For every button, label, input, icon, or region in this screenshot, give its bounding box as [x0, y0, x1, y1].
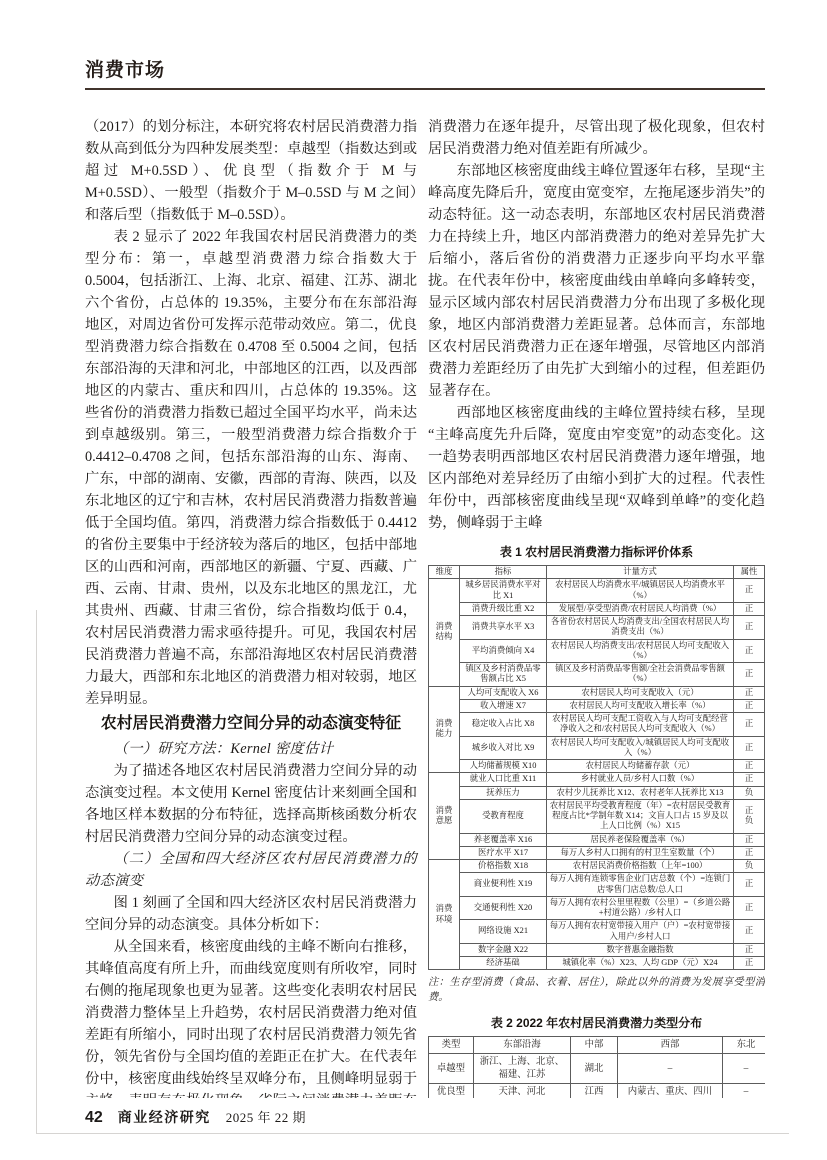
- attribute-cell: 正: [734, 873, 765, 897]
- table-cell: 江西: [571, 1083, 618, 1098]
- table-row: 消费 能力人均可支配收入 X6农村居民人均可支配收入（元）正: [429, 686, 765, 699]
- paragraph: 为了描述各地区农村居民消费潜力空间分异的动态演变过程。本文使用 Kernel 密…: [85, 760, 417, 848]
- scan-edge-bottom: [36, 1133, 789, 1134]
- paragraph: 表 2 显示了 2022 年我国农村居民消费潜力的类型分布：第一，卓越型消费潜力…: [85, 226, 417, 710]
- measure-cell: 乡村就业人员/乡村人口数（%）: [547, 773, 734, 786]
- indicator-cell: 收入增速 X7: [460, 699, 547, 712]
- column-header: 维度: [429, 566, 460, 579]
- dimension-cell: 消费 意愿: [429, 773, 460, 860]
- table-row: 卓越型浙江、上海、北京、福建、江苏湖北––19.35%: [429, 1054, 766, 1083]
- indicator-cell: 数字金融 X22: [460, 943, 547, 956]
- table1-note: 注：生存型消费（食品、衣着、居住），除此以外的消费为发展享受型消费。: [428, 976, 765, 1005]
- measure-cell: 每万人乡村人口拥有的村卫生室数量（个）: [547, 846, 734, 859]
- measure-cell: 农村居民人均可支配收入增长率（%）: [547, 699, 734, 712]
- table-row: 优良型天津、河北江西内蒙古、重庆、四川–19.35%: [429, 1083, 766, 1098]
- measure-cell: 每万人拥有农村公里里程数（公里）=（乡道公路+村道公路）/乡村人口: [547, 896, 734, 920]
- table-row: 医疗水平 X17每万人乡村人口拥有的村卫生室数量（个）正: [429, 846, 765, 859]
- paragraph: 从全国来看，核密度曲线的主峰不断向右推移，其峰值高度有所上升，而曲线宽度则有所收…: [85, 936, 417, 1098]
- table-row: 人均储蓄规模 X10农村居民人均储蓄存款（元）正: [429, 760, 765, 773]
- indicator-cell: 稳定收入占比 X8: [460, 713, 547, 737]
- journal-page: 消费市场 （2017）的划分标注，本研究将农村居民消费潜力指数从高到低分为四种发…: [0, 0, 827, 1160]
- table1-title: 表 1 农村居民消费潜力指标评价体系: [428, 543, 765, 560]
- indicator-cell: 交通便利性 X20: [460, 896, 547, 920]
- measure-cell: 农村居民人均可支配收入（元）: [547, 686, 734, 699]
- table-row: 数字金融 X22数字普惠金融指数正: [429, 943, 765, 956]
- measure-cell: 农村少儿抚养比 X12、农村老年人抚养比 X13: [547, 786, 734, 799]
- indicator-cell: 医疗水平 X17: [460, 846, 547, 859]
- measure-cell: 农村居民人均可支配收入/城镇居民人均可支配收入（%）: [547, 736, 734, 760]
- attribute-cell: 正: [734, 760, 765, 773]
- paragraph: 东部地区核密度曲线主峰位置逐年右移，呈现“主峰高度先降后升，宽度由宽变窄，左拖尾…: [428, 160, 765, 402]
- attribute-cell: 正: [734, 713, 765, 737]
- journal-name: 商业经济研究: [118, 1107, 211, 1127]
- column-header: 类型: [429, 1037, 474, 1054]
- measure-cell: 农村居民人均储蓄存款（元）: [547, 760, 734, 773]
- attribute-cell: 正: [734, 736, 765, 760]
- two-column-body: （2017）的划分标注，本研究将农村居民消费潜力指数从高到低分为四种发展类型：卓…: [85, 116, 765, 1098]
- paragraph: （2017）的划分标注，本研究将农村居民消费潜力指数从高到低分为四种发展类型：卓…: [85, 116, 417, 226]
- table-row: 消费 结构城乡居民消费水平对比 X1农村居民人均消费水平/城镇居民人均消费水平（…: [429, 579, 765, 603]
- measure-cell: 每万人拥有连锁零售企业门店总数（个）=连锁门店零售门店总数/总人口: [547, 873, 734, 897]
- table-row: 消费共享水平 X3各省份农村居民人均消费支出/全国农村居民人均消费支出（%）正: [429, 616, 765, 640]
- table-row: 消费 环境价格指数 X18农村居民消费价格指数（上年=100）负: [429, 860, 765, 873]
- table-cell: 湖北: [571, 1054, 618, 1083]
- paragraph: 图 1 刻画了全国和四大经济区农村居民消费潜力空间分异的动态演变。具体分析如下：: [85, 892, 417, 936]
- table-cell: –: [723, 1054, 766, 1083]
- dimension-cell: 消费 能力: [429, 686, 460, 773]
- attribute-cell: 正: [734, 699, 765, 712]
- attribute-cell: 正: [734, 773, 765, 786]
- measure-cell: 镇区及乡村消费品零售额/全社会消费品零售额（%）: [547, 663, 734, 687]
- attribute-cell: 正: [734, 920, 765, 944]
- table-row: 收入增速 X7农村居民人均可支配收入增长率（%）正: [429, 699, 765, 712]
- table-row: 平均消费倾向 X4农村居民人均消费支出/农村居民人均可支配收入（%）正: [429, 639, 765, 663]
- table-cell: 浙江、上海、北京、福建、江苏: [474, 1054, 571, 1083]
- table-row: 经济基础城镇化率（%）X23、人均 GDP（元）X24正: [429, 957, 765, 970]
- scan-edge-left: [36, 610, 37, 1134]
- table-row: 消费 意愿就业人口比重 X11乡村就业人员/乡村人口数（%）正: [429, 773, 765, 786]
- attribute-cell: 正: [734, 833, 765, 846]
- attribute-cell: 正: [734, 663, 765, 687]
- table-row: 抚养压力农村少儿抚养比 X12、农村老年人抚养比 X13负: [429, 786, 765, 799]
- table-row: 城乡收入对比 X9农村居民人均可支配收入/城镇居民人均可支配收入（%）正: [429, 736, 765, 760]
- table-cell: 优良型: [429, 1083, 474, 1098]
- column-header: 中部: [571, 1037, 618, 1054]
- issue-label: 2025 年 22 期: [226, 1107, 306, 1126]
- measure-cell: 城镇化率（%）X23、人均 GDP（元）X24: [547, 957, 734, 970]
- measure-cell: 农村居民平均受教育程度（年）=农村居民受教育程度占比*学制年数 X14；文盲人口…: [547, 799, 734, 833]
- section-heading: 农村居民消费潜力空间分异的动态演变特征: [85, 711, 417, 737]
- subheading: （一）研究方法：Kernel 密度估计: [85, 738, 417, 760]
- left-column: （2017）的划分标注，本研究将农村居民消费潜力指数从高到低分为四种发展类型：卓…: [85, 116, 417, 1098]
- column-header: 属性: [734, 566, 765, 579]
- table-row: 网络设施 X21每万人拥有农村宽带接入用户（户）=农村宽带接入用户/乡村人口正: [429, 920, 765, 944]
- indicator-cell: 城乡收入对比 X9: [460, 736, 547, 760]
- attribute-cell: 负: [734, 860, 765, 873]
- indicator-cell: 经济基础: [460, 957, 547, 970]
- indicator-cell: 受教育程度: [460, 799, 547, 833]
- indicator-evaluation-table: 维度指标计量方式属性消费 结构城乡居民消费水平对比 X1农村居民人均消费水平/城…: [428, 565, 765, 970]
- measure-cell: 农村居民人均消费水平/城镇居民人均消费水平（%）: [547, 579, 734, 603]
- indicator-cell: 养老覆盖率 X16: [460, 833, 547, 846]
- measure-cell: 居民养老保险覆盖率（%）: [547, 833, 734, 846]
- right-column: 消费潜力在逐年提升，尽管出现了极化现象，但农村居民消费潜力绝对值差距有所减少。 …: [428, 116, 765, 1098]
- dimension-cell: 消费 结构: [429, 579, 460, 686]
- table-cell: –: [723, 1083, 766, 1098]
- paragraph: 西部地区核密度曲线的主峰位置持续右移，呈现“主峰高度先升后降，宽度由窄变宽”的动…: [428, 402, 765, 534]
- subheading: （二）全国和四大经济区农村居民消费潜力的动态演变: [85, 848, 417, 892]
- attribute-cell: 正: [734, 616, 765, 640]
- measure-cell: 数字普惠金融指数: [547, 943, 734, 956]
- indicator-cell: 镇区及乡村消费品零售额占比 X5: [460, 663, 547, 687]
- measure-cell: 各省份农村居民人均消费支出/全国农村居民人均消费支出（%）: [547, 616, 734, 640]
- attribute-cell: 正 负: [734, 799, 765, 833]
- attribute-cell: 正: [734, 686, 765, 699]
- column-header: 计量方式: [547, 566, 734, 579]
- measure-cell: 农村居民人均消费支出/农村居民人均可支配收入（%）: [547, 639, 734, 663]
- indicator-cell: 人均储蓄规模 X10: [460, 760, 547, 773]
- table-row: 交通便利性 X20每万人拥有农村公里里程数（公里）=（乡道公路+村道公路）/乡村…: [429, 896, 765, 920]
- measure-cell: 每万人拥有农村宽带接入用户（户）=农村宽带接入用户/乡村人口: [547, 920, 734, 944]
- attribute-cell: 正: [734, 943, 765, 956]
- column-header: 西部: [618, 1037, 723, 1054]
- table-row: 养老覆盖率 X16居民养老保险覆盖率（%）正: [429, 833, 765, 846]
- page-header: 消费市场: [85, 0, 765, 90]
- table-header-row: 类型东部沿海中部西部东北占比: [429, 1037, 766, 1054]
- indicator-cell: 消费共享水平 X3: [460, 616, 547, 640]
- table-cell: 天津、河北: [474, 1083, 571, 1098]
- attribute-cell: 负: [734, 786, 765, 799]
- table-cell: 卓越型: [429, 1054, 474, 1083]
- attribute-cell: 正: [734, 639, 765, 663]
- indicator-cell: 商业便利性 X19: [460, 873, 547, 897]
- attribute-cell: 正: [734, 957, 765, 970]
- attribute-cell: 正: [734, 579, 765, 603]
- attribute-cell: 正: [734, 846, 765, 859]
- paragraph: 消费潜力在逐年提升，尽管出现了极化现象，但农村居民消费潜力绝对值差距有所减少。: [428, 116, 765, 160]
- indicator-cell: 就业人口比重 X11: [460, 773, 547, 786]
- table2-title: 表 2 2022 年农村居民消费潜力类型分布: [428, 1014, 765, 1031]
- potential-type-distribution-table: 类型东部沿海中部西部东北占比卓越型浙江、上海、北京、福建、江苏湖北––19.35…: [428, 1036, 765, 1098]
- measure-cell: 发展型/享受型消费/农村居民人均消费（%）: [547, 602, 734, 615]
- indicator-cell: 网络设施 X21: [460, 920, 547, 944]
- attribute-cell: 正: [734, 602, 765, 615]
- table-row: 稳定收入占比 X8农村居民人均可支配工资收入与人均可支配经营净收入之和/农村居民…: [429, 713, 765, 737]
- indicator-cell: 消费升级比重 X2: [460, 602, 547, 615]
- dimension-cell: 消费 环境: [429, 860, 460, 970]
- header-rule: [85, 88, 765, 90]
- indicator-cell: 平均消费倾向 X4: [460, 639, 547, 663]
- page-number: 42: [85, 1109, 103, 1127]
- column-header: 东部沿海: [474, 1037, 571, 1054]
- table-row: 商业便利性 X19每万人拥有连锁零售企业门店总数（个）=连锁门店零售门店总数/总…: [429, 873, 765, 897]
- indicator-cell: 抚养压力: [460, 786, 547, 799]
- table-row: 镇区及乡村消费品零售额占比 X5镇区及乡村消费品零售额/全社会消费品零售额（%）…: [429, 663, 765, 687]
- table-row: 消费升级比重 X2发展型/享受型消费/农村居民人均消费（%）正: [429, 602, 765, 615]
- page-footer: 42 商业经济研究 2025 年 22 期: [85, 1107, 306, 1127]
- column-header: 指标: [460, 566, 547, 579]
- indicator-cell: 价格指数 X18: [460, 860, 547, 873]
- measure-cell: 农村居民消费价格指数（上年=100）: [547, 860, 734, 873]
- column-header: 东北: [723, 1037, 766, 1054]
- attribute-cell: 正: [734, 896, 765, 920]
- measure-cell: 农村居民人均可支配工资收入与人均可支配经营净收入之和/农村居民人均可支配收入（%…: [547, 713, 734, 737]
- section-label: 消费市场: [85, 55, 765, 82]
- indicator-cell: 人均可支配收入 X6: [460, 686, 547, 699]
- indicator-cell: 城乡居民消费水平对比 X1: [460, 579, 547, 603]
- table-header-row: 维度指标计量方式属性: [429, 566, 765, 579]
- table-cell: 内蒙古、重庆、四川: [618, 1083, 723, 1098]
- table-row: 受教育程度农村居民平均受教育程度（年）=农村居民受教育程度占比*学制年数 X14…: [429, 799, 765, 833]
- table-cell: –: [618, 1054, 723, 1083]
